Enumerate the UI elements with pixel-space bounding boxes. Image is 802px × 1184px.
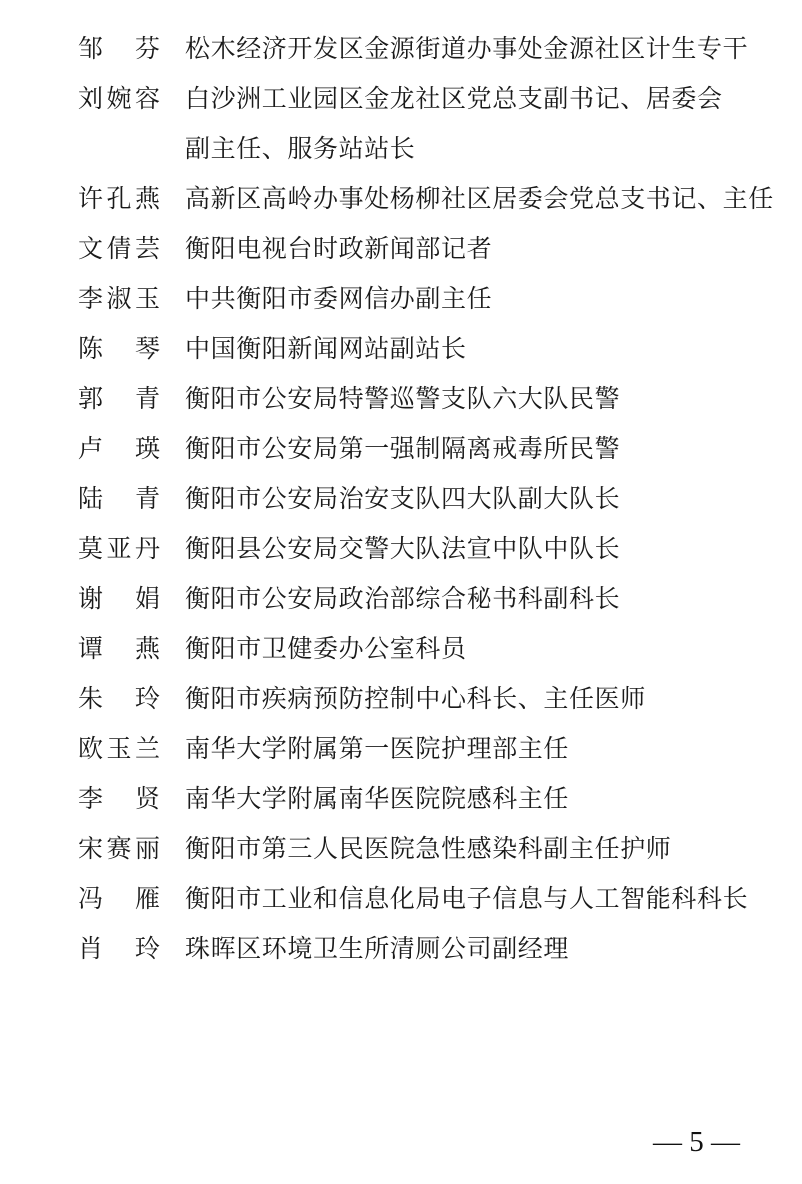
list-item: 欧玉兰 南华大学附属第一医院护理部主任 xyxy=(78,725,772,775)
person-name: 肖 玲 xyxy=(78,925,160,975)
person-title: 衡阳市公安局政治部综合秘书科副科长 xyxy=(185,575,772,625)
person-title: 珠晖区环境卫生所清厕公司副经理 xyxy=(185,925,772,975)
person-title: 中国衡阳新闻网站副站长 xyxy=(185,325,772,375)
list-item: 卢 瑛 衡阳市公安局第一强制隔离戒毒所民警 xyxy=(78,425,772,475)
person-title: 衡阳市工业和信息化局电子信息与人工智能科科长 xyxy=(185,875,772,925)
title-line: 衡阳市公安局治安支队四大队副大队长 xyxy=(185,475,772,525)
list-item: 邹 芬 松木经济开发区金源街道办事处金源社区计生专干 xyxy=(78,25,772,75)
list-item: 莫亚丹 衡阳县公安局交警大队法宣中队中队长 xyxy=(78,525,772,575)
person-title: 松木经济开发区金源街道办事处金源社区计生专干 xyxy=(185,25,772,75)
title-line: 南华大学附属南华医院院感科主任 xyxy=(185,775,772,825)
list-item: 冯 雁 衡阳市工业和信息化局电子信息与人工智能科科长 xyxy=(78,875,772,925)
list-item: 李淑玉 中共衡阳市委网信办副主任 xyxy=(78,275,772,325)
person-title: 衡阳市公安局特警巡警支队六大队民警 xyxy=(185,375,772,425)
person-name: 欧玉兰 xyxy=(78,725,160,775)
person-name: 陆 青 xyxy=(78,475,160,525)
person-name: 刘婉容 xyxy=(78,75,160,125)
person-title: 白沙洲工业园区金龙社区党总支副书记、居委会副主任、服务站站长 xyxy=(185,75,772,175)
person-name: 邹 芬 xyxy=(78,25,160,75)
list-item: 谭 燕 衡阳市卫健委办公室科员 xyxy=(78,625,772,675)
title-line: 白沙洲工业园区金龙社区党总支副书记、居委会 xyxy=(185,75,772,125)
roster-list: 邹 芬 松木经济开发区金源街道办事处金源社区计生专干 刘婉容 白沙洲工业园区金龙… xyxy=(78,25,772,975)
person-name: 陈 琴 xyxy=(78,325,160,375)
person-title: 衡阳市疾病预防控制中心科长、主任医师 xyxy=(185,675,772,725)
person-title: 衡阳县公安局交警大队法宣中队中队长 xyxy=(185,525,772,575)
document-page: 邹 芬 松木经济开发区金源街道办事处金源社区计生专干 刘婉容 白沙洲工业园区金龙… xyxy=(0,0,802,1184)
person-name: 许孔燕 xyxy=(78,175,160,225)
title-line: 松木经济开发区金源街道办事处金源社区计生专干 xyxy=(185,25,772,75)
person-title: 衡阳市公安局治安支队四大队副大队长 xyxy=(185,475,772,525)
title-line: 衡阳市公安局第一强制隔离戒毒所民警 xyxy=(185,425,772,475)
list-item: 宋赛丽 衡阳市第三人民医院急性感染科副主任护师 xyxy=(78,825,772,875)
title-line: 珠晖区环境卫生所清厕公司副经理 xyxy=(185,925,772,975)
person-name: 莫亚丹 xyxy=(78,525,160,575)
title-line: 南华大学附属第一医院护理部主任 xyxy=(185,725,772,775)
title-line: 衡阳市公安局特警巡警支队六大队民警 xyxy=(185,375,772,425)
title-line: 衡阳县公安局交警大队法宣中队中队长 xyxy=(185,525,772,575)
person-title: 南华大学附属南华医院院感科主任 xyxy=(185,775,772,825)
person-title: 衡阳电视台时政新闻部记者 xyxy=(185,225,772,275)
person-name: 郭 青 xyxy=(78,375,160,425)
person-name: 李淑玉 xyxy=(78,275,160,325)
list-item: 文倩芸 衡阳电视台时政新闻部记者 xyxy=(78,225,772,275)
person-title: 南华大学附属第一医院护理部主任 xyxy=(185,725,772,775)
title-line: 衡阳市卫健委办公室科员 xyxy=(185,625,772,675)
title-line: 副主任、服务站站长 xyxy=(185,125,772,175)
title-line: 衡阳市疾病预防控制中心科长、主任医师 xyxy=(185,675,772,725)
person-title: 中共衡阳市委网信办副主任 xyxy=(185,275,772,325)
person-name: 谭 燕 xyxy=(78,625,160,675)
title-line: 衡阳市公安局政治部综合秘书科副科长 xyxy=(185,575,772,625)
list-item: 谢 娟 衡阳市公安局政治部综合秘书科副科长 xyxy=(78,575,772,625)
person-title: 衡阳市卫健委办公室科员 xyxy=(185,625,772,675)
person-name: 宋赛丽 xyxy=(78,825,160,875)
list-item: 许孔燕 高新区高岭办事处杨柳社区居委会党总支书记、主任 xyxy=(78,175,772,225)
list-item: 李 贤 南华大学附属南华医院院感科主任 xyxy=(78,775,772,825)
person-title: 高新区高岭办事处杨柳社区居委会党总支书记、主任 xyxy=(185,175,772,225)
person-title: 衡阳市公安局第一强制隔离戒毒所民警 xyxy=(185,425,772,475)
title-line: 衡阳市工业和信息化局电子信息与人工智能科科长 xyxy=(185,875,772,925)
list-item: 刘婉容 白沙洲工业园区金龙社区党总支副书记、居委会副主任、服务站站长 xyxy=(78,75,772,175)
person-title: 衡阳市第三人民医院急性感染科副主任护师 xyxy=(185,825,772,875)
title-line: 中共衡阳市委网信办副主任 xyxy=(185,275,772,325)
list-item: 肖 玲 珠晖区环境卫生所清厕公司副经理 xyxy=(78,925,772,975)
title-line: 中国衡阳新闻网站副站长 xyxy=(185,325,772,375)
person-name: 李 贤 xyxy=(78,775,160,825)
title-line: 衡阳电视台时政新闻部记者 xyxy=(185,225,772,275)
person-name: 谢 娟 xyxy=(78,575,160,625)
list-item: 陈 琴 中国衡阳新闻网站副站长 xyxy=(78,325,772,375)
title-line: 衡阳市第三人民医院急性感染科副主任护师 xyxy=(185,825,772,875)
page-number: — 5 — xyxy=(653,1117,740,1167)
person-name: 朱 玲 xyxy=(78,675,160,725)
title-line: 高新区高岭办事处杨柳社区居委会党总支书记、主任 xyxy=(185,175,772,225)
person-name: 卢 瑛 xyxy=(78,425,160,475)
person-name: 冯 雁 xyxy=(78,875,160,925)
list-item: 陆 青 衡阳市公安局治安支队四大队副大队长 xyxy=(78,475,772,525)
list-item: 朱 玲 衡阳市疾病预防控制中心科长、主任医师 xyxy=(78,675,772,725)
person-name: 文倩芸 xyxy=(78,225,160,275)
list-item: 郭 青 衡阳市公安局特警巡警支队六大队民警 xyxy=(78,375,772,425)
